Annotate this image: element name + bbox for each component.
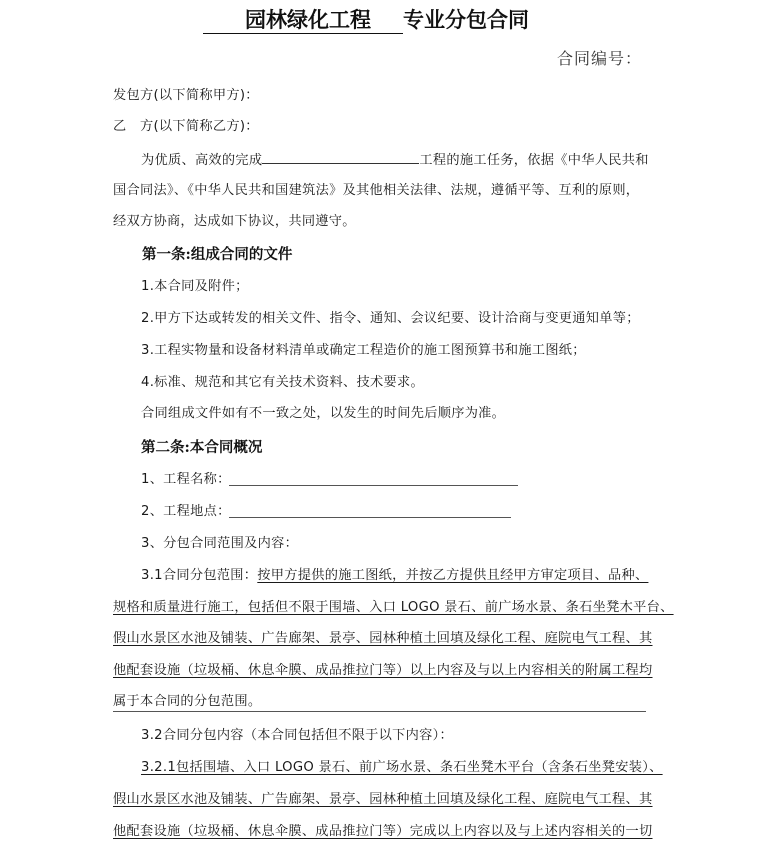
project-name-blank[interactable] [262, 149, 419, 164]
title-project-blank: 园林绿化工程 [203, 7, 403, 34]
party-a-label: 发包方(以下简称甲方)： [113, 86, 259, 106]
scope-3-1-line-5: 属于本合同的分包范围。 [113, 692, 261, 712]
scope-3-1-underline [113, 711, 646, 712]
article-1-item-3: 3.工程实物量和设备材料清单或确定工程造价的施工图预算书和施工图纸； [141, 341, 586, 361]
article-1-heading: 第一条:组成合同的文件 [142, 243, 292, 264]
scope-3-2-1-line-2: 假山水景区水池及铺装、广告廊架、景亭、园林种植土回填及绿化工程、庭院电气工程、其 [113, 790, 653, 810]
scope-3-2-label: 3.2合同分包内容（本合同包括但不限于以下内容）： [141, 726, 453, 746]
article-2-heading: 第二条:本合同概况 [141, 436, 262, 457]
article-1-item-2: 2.甲方下达或转发的相关文件、指令、通知、会议纪要、设计洽商与变更通知单等； [141, 309, 640, 329]
preamble-line-1: 为优质、高效的完成工程的施工任务，依据《中华人民共和 [141, 149, 649, 171]
party-b-label: 乙 方(以下简称乙方)： [113, 117, 259, 137]
scope-3-1-line-2: 规格和质量进行施工，包括但不限于围墙、入口 LOGO 景石、前广场水景、条石坐凳… [113, 598, 674, 618]
preamble-prefix: 为优质、高效的完成 [141, 153, 262, 168]
scope-3-1-line-1: 3.1合同分包范围：按甲方提供的施工图纸，并按乙方提供且经甲方审定项目、品种、 [141, 566, 648, 586]
scope-3-1-text: 按甲方提供的施工图纸，并按乙方提供且经甲方审定项目、品种、 [257, 568, 648, 583]
preamble-line-3: 经双方协商，达成如下协议，共同遵守。 [113, 212, 356, 232]
article-1-note: 合同组成文件如有不一致之处，以发生的时间先后顺序为准。 [141, 404, 505, 424]
project-name-field[interactable] [229, 485, 518, 486]
article-1-item-1: 1.本合同及附件； [141, 277, 249, 297]
project-location-field[interactable] [229, 517, 511, 518]
title-suffix: 专业分包合同 [403, 7, 529, 32]
scope-3-2-1-line-3: 他配套设施（垃圾桶、休息伞膜、成品推拉门等）完成以上内容以及与上述内容相关的一切 [113, 822, 653, 842]
project-name-label: 1、工程名称： [141, 472, 231, 487]
scope-3-1-line-4: 他配套设施（垃圾桶、休息伞膜、成品推拉门等）以上内容及与以上内容相关的附属工程均 [113, 661, 653, 681]
preamble-suffix: 工程的施工任务，依据《中华人民共和 [419, 153, 648, 168]
contract-number-label: 合同编号： [557, 46, 642, 69]
scope-3-2-1-line-1: 3.2.1包括围墙、入口 LOGO 景石、前广场水景、条石坐凳木平台（含条石坐凳… [141, 758, 663, 778]
scope-3-1-label: 3.1合同分包范围： [141, 568, 257, 583]
preamble-line-2: 国合同法》、《中华人民共和国建筑法》及其他相关法律、法规，遵循平等、互利的原则， [113, 181, 639, 201]
article-1-item-4: 4.标准、规范和其它有关技术资料、技术要求。 [141, 373, 424, 393]
scope-3-1-line-3: 假山水景区水池及铺装、广告廊架、景亭、园林种植土回填及绿化工程、庭院电气工程、其 [113, 629, 653, 649]
document-title: 园林绿化工程专业分包合同 [203, 4, 529, 34]
project-location-label: 2、工程地点： [141, 504, 231, 519]
scope-label: 3、分包合同范围及内容： [141, 534, 298, 554]
project-location-row: 2、工程地点： [141, 502, 231, 522]
project-name-row: 1、工程名称： [141, 470, 231, 490]
